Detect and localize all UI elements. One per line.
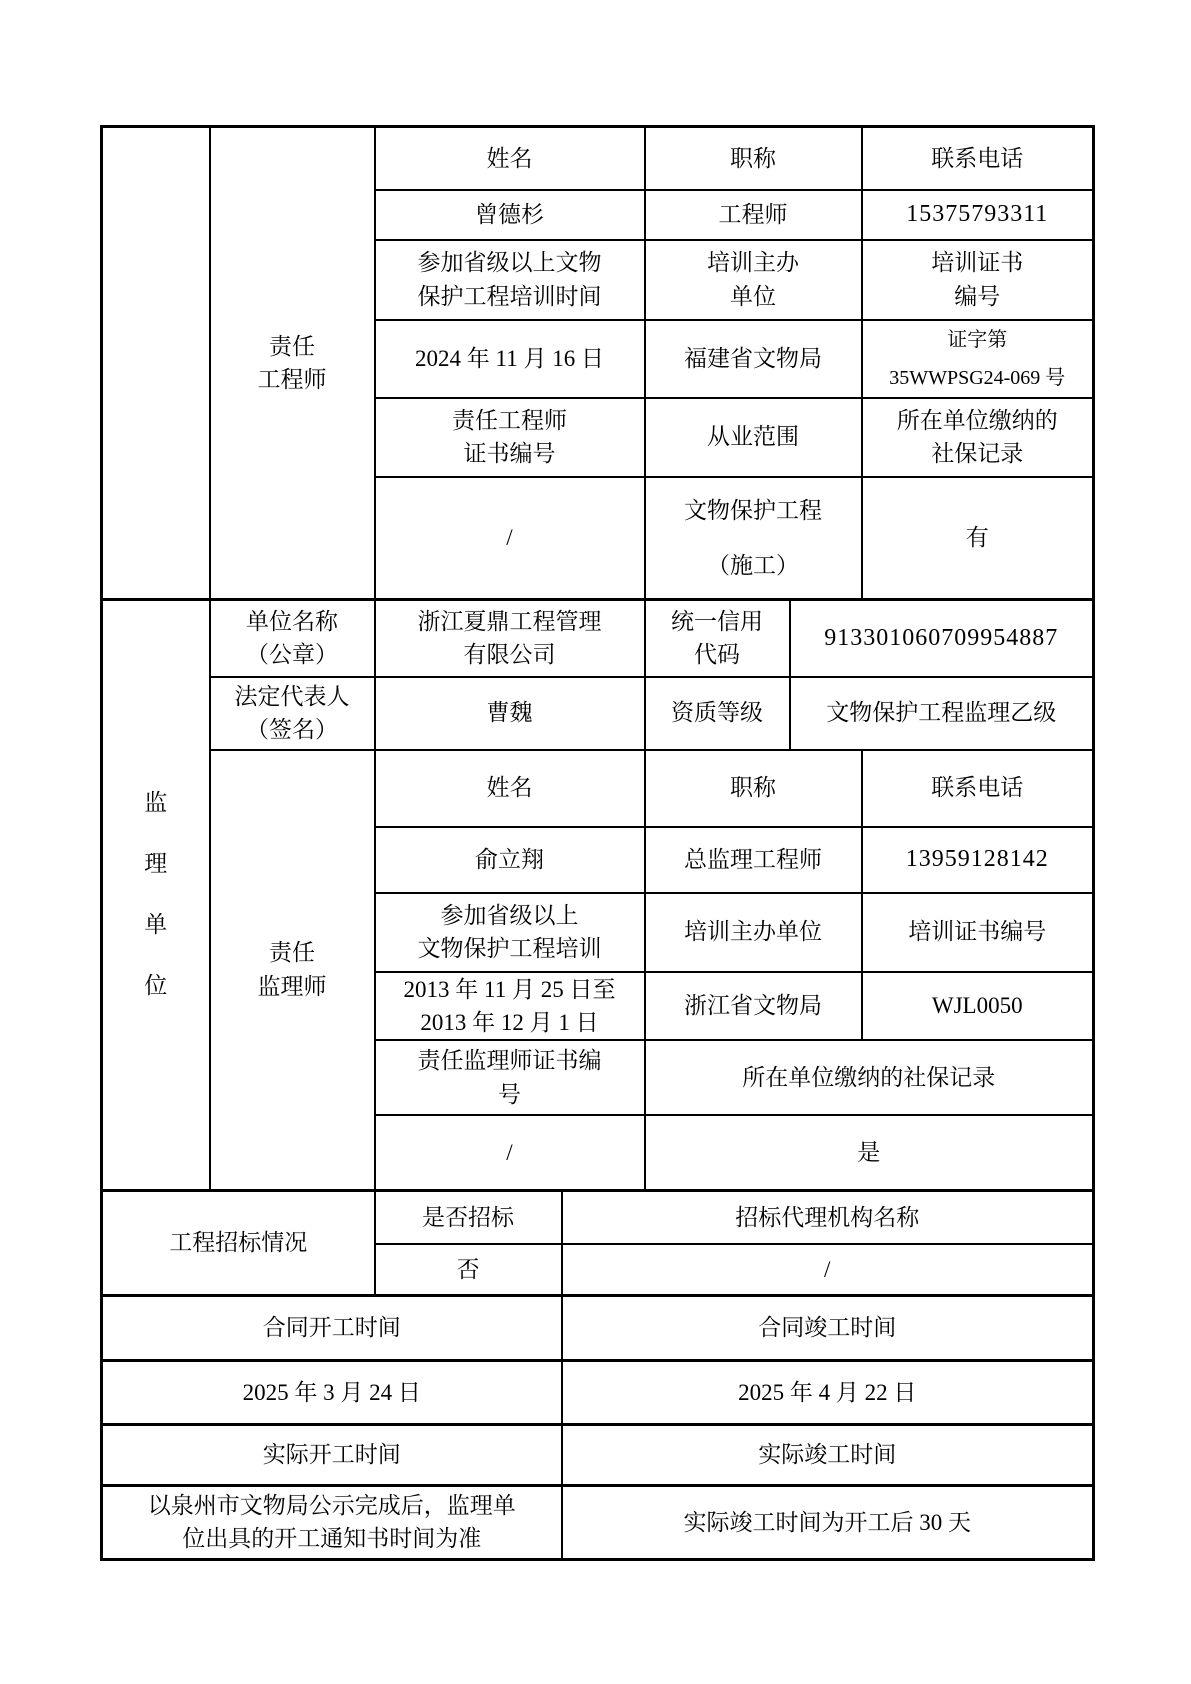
engineer-phone-header: 联系电话 <box>862 127 1094 190</box>
engineer-cert-no-value: / <box>375 477 645 600</box>
engineer-training-time-value: 2024 年 11 月 16 日 <box>375 320 645 398</box>
supervisor-cert-no-value: / <box>375 1115 645 1190</box>
bidding-agency-value: / <box>562 1244 1094 1295</box>
supervisor-header-row: 责任 监理师 姓名 职称 联系电话 <box>102 750 1094 827</box>
contract-end-label: 合同竣工时间 <box>562 1295 1094 1360</box>
project-info-table: 责任 工程师 姓名 职称 联系电话 曾德杉 工程师 15375793311 参加… <box>100 125 1095 1561</box>
supervisor-phone-value: 13959128142 <box>862 827 1094 893</box>
engineer-training-cert-header: 培训证书 编号 <box>862 240 1094 320</box>
engineer-cert-no-header: 责任工程师 证书编号 <box>375 398 645 477</box>
supervisor-title-header: 职称 <box>645 750 862 827</box>
legal-rep-label: 法定代表人 （签名） <box>210 677 375 750</box>
supervisor-social-label: 所在单位缴纳的社保记录 <box>645 1040 1094 1115</box>
bidding-section-label: 工程招标情况 <box>102 1190 375 1295</box>
qualification-label: 资质等级 <box>645 677 790 750</box>
engineer-name-value: 曾德杉 <box>375 190 645 240</box>
prev-section-empty-cell <box>102 127 210 600</box>
page: { "engineer_section": { "label": "责任\n工程… <box>0 0 1191 1684</box>
supervisor-training-cert-value: WJL0050 <box>862 972 1094 1041</box>
supervisor-training-org-header: 培训主办单位 <box>645 893 862 972</box>
engineer-social-value: 有 <box>862 477 1094 600</box>
credit-code-label: 统一信用 代码 <box>645 600 790 677</box>
bidding-header-row: 工程招标情况 是否招标 招标代理机构名称 <box>102 1190 1094 1244</box>
legal-rep-row: 法定代表人 （签名） 曹魏 资质等级 文物保护工程监理乙级 <box>102 677 1094 750</box>
supervision-section-label: 监理单位 <box>102 600 210 1191</box>
supervisor-name-value: 俞立翔 <box>375 827 645 893</box>
engineer-title-header: 职称 <box>645 127 862 190</box>
supervisor-phone-header: 联系电话 <box>862 750 1094 827</box>
engineer-training-cert-value: 证字第 35WWPSG24-069 号 <box>862 320 1094 398</box>
engineer-scope-header: 从业范围 <box>645 398 862 477</box>
legal-rep-value: 曹魏 <box>375 677 645 750</box>
unit-name-label: 单位名称 （公章） <box>210 600 375 677</box>
supervisor-training-org-value: 浙江省文物局 <box>645 972 862 1041</box>
qualification-value: 文物保护工程监理乙级 <box>790 677 1094 750</box>
engineer-title-value: 工程师 <box>645 190 862 240</box>
actual-time-value-row: 以泉州市文物局公示完成后，监理单 位出具的开工通知书时间为准 实际竣工时间为开工… <box>102 1485 1094 1559</box>
supervisor-title-value: 总监理工程师 <box>645 827 862 893</box>
supervisor-training-time-header: 参加省级以上 文物保护工程培训 <box>375 893 645 972</box>
actual-time-header-row: 实际开工时间 实际竣工时间 <box>102 1424 1094 1485</box>
contract-time-value-row: 2025 年 3 月 24 日 2025 年 4 月 22 日 <box>102 1360 1094 1424</box>
engineer-training-org-value: 福建省文物局 <box>645 320 862 398</box>
contract-start-label: 合同开工时间 <box>102 1295 562 1360</box>
engineer-header-row: 责任 工程师 姓名 职称 联系电话 <box>102 127 1094 190</box>
actual-start-value: 以泉州市文物局公示完成后，监理单 位出具的开工通知书时间为准 <box>102 1485 562 1559</box>
supervisor-social-value: 是 <box>645 1115 1094 1190</box>
is-bidding-label: 是否招标 <box>375 1190 562 1244</box>
actual-end-value: 实际竣工时间为开工后 30 天 <box>562 1485 1094 1559</box>
contract-start-value: 2025 年 3 月 24 日 <box>102 1360 562 1424</box>
supervisor-section-label: 责任 监理师 <box>210 750 375 1191</box>
supervisor-training-cert-header: 培训证书编号 <box>862 893 1094 972</box>
is-bidding-value: 否 <box>375 1244 562 1295</box>
engineer-training-time-header: 参加省级以上文物 保护工程培训时间 <box>375 240 645 320</box>
credit-code-value: 913301060709954887 <box>790 600 1094 677</box>
contract-end-value: 2025 年 4 月 22 日 <box>562 1360 1094 1424</box>
engineer-scope-value: 文物保护工程 （施工） <box>645 477 862 600</box>
actual-start-label: 实际开工时间 <box>102 1424 562 1485</box>
unit-name-value: 浙江夏鼎工程管理 有限公司 <box>375 600 645 677</box>
contract-time-header-row: 合同开工时间 合同竣工时间 <box>102 1295 1094 1360</box>
supervision-unit-name-row: 监理单位 单位名称 （公章） 浙江夏鼎工程管理 有限公司 统一信用 代码 913… <box>102 600 1094 677</box>
engineer-training-org-header: 培训主办 单位 <box>645 240 862 320</box>
engineer-social-header: 所在单位缴纳的 社保记录 <box>862 398 1094 477</box>
supervisor-training-time-value: 2013 年 11 月 25 日至 2013 年 12 月 1 日 <box>375 972 645 1041</box>
supervision-section-label-text: 监理单位 <box>144 773 168 1017</box>
engineer-name-header: 姓名 <box>375 127 645 190</box>
engineer-phone-value: 15375793311 <box>862 190 1094 240</box>
bidding-agency-label: 招标代理机构名称 <box>562 1190 1094 1244</box>
supervisor-cert-no-label: 责任监理师证书编 号 <box>375 1040 645 1115</box>
supervisor-name-header: 姓名 <box>375 750 645 827</box>
engineer-section-label: 责任 工程师 <box>210 127 375 600</box>
actual-end-label: 实际竣工时间 <box>562 1424 1094 1485</box>
